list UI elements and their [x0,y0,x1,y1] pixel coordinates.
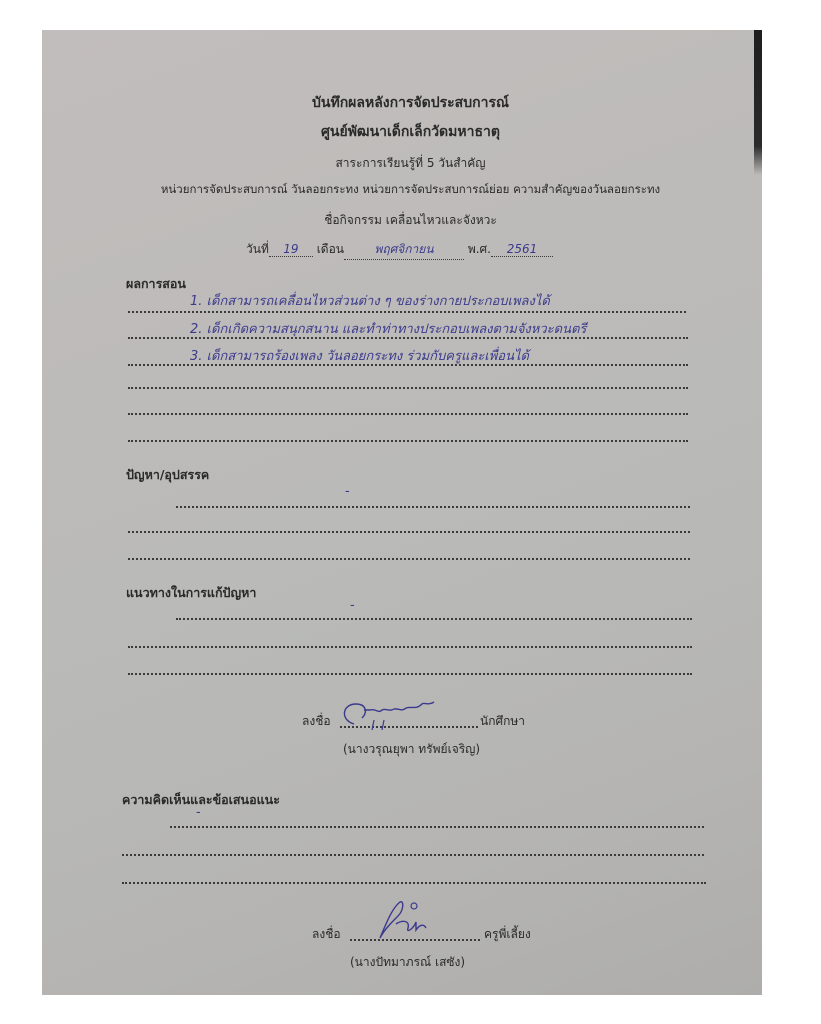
solutions-entry: - [350,598,355,613]
student-role: นักศึกษา [480,712,525,731]
result-entry-2: 2. เด็กเกิดความสนุกสนาน และทำท่าทางประกอ… [190,318,586,339]
solutions-heading: แนวทางในการแก้ปัญหา [126,583,256,603]
document-paper [42,30,762,995]
day-value: 19 [269,242,313,257]
day-label: วันที่ [246,242,269,256]
dotted-line [128,337,688,339]
result-entry-3: 3. เด็กสามารถร้องเพลง วันลอยกระทง ร่วมกั… [190,345,529,366]
unit-line: หน่วยการจัดประสบการณ์ วันลอยกระทง หน่วยก… [0,181,821,199]
results-heading: ผลการสอน [126,274,186,294]
dotted-line [128,440,688,442]
teacher-sign-label: ลงชื่อ [312,925,341,944]
year-label: พ.ศ. [468,242,491,256]
dotted-line [176,618,692,620]
dotted-line [128,558,690,560]
learning-content: สาระการเรียนรู้ที่ 5 วันสำคัญ [0,154,821,173]
dotted-line [170,826,704,828]
comments-entry: - [196,805,201,820]
dotted-line [128,413,688,415]
dotted-line [176,506,690,508]
result-entry-1: 1. เด็กสามารถเคลื่อนไหวส่วนต่าง ๆ ของร่า… [190,290,550,311]
problems-entry: - [345,484,350,499]
student-name: (นางวรุณยุพา ทรัพย์เจริญ) [343,740,480,759]
organization-name: ศูนย์พัฒนาเด็กเล็กวัดมหาธาตุ [0,121,821,143]
dotted-line [128,364,688,366]
student-signature [336,698,456,734]
month-label: เดือน [317,242,344,256]
dotted-line [128,531,690,533]
year-value: 2561 [491,242,553,257]
month-value: พฤศจิกายน [344,240,464,260]
teacher-name: (นางปัทมาภรณ์ เสซัง) [350,953,465,972]
dotted-line [128,387,688,389]
teacher-signature [370,894,440,944]
dotted-line [128,311,686,313]
document-title: บันทึกผลหลังการจัดประสบการณ์ [0,92,821,114]
problems-heading: ปัญหา/อุปสรรค [126,465,209,485]
dotted-line [128,673,692,675]
activity-name: ชื่อกิจกรรม เคลื่อนไหวและจังหวะ [0,211,821,230]
date-line: วันที่19 เดือนพฤศจิกายน พ.ศ.2561 [246,240,553,260]
student-sign-label: ลงชื่อ [302,712,331,731]
dotted-line [122,882,706,884]
dotted-line [122,854,704,856]
teacher-role: ครูพี่เลี้ยง [484,925,531,944]
dotted-line [128,646,692,648]
